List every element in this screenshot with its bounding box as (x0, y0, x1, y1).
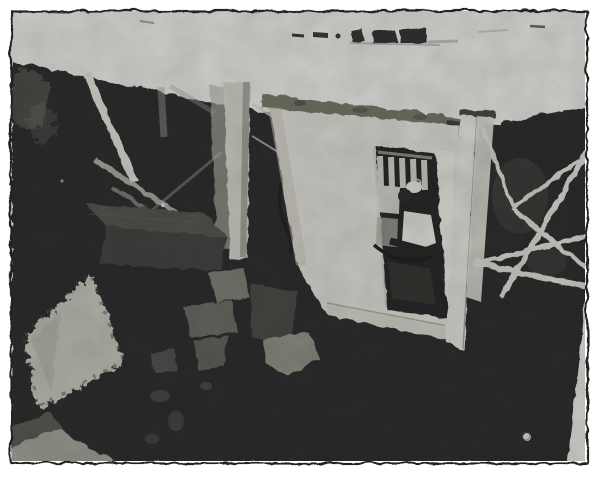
photo-canvas: Halftone photograph (0, 0, 600, 479)
halftone-photo-figure: Halftone photograph (0, 0, 600, 479)
grain-blotch (11, 11, 585, 461)
page: Halftone photograph (0, 0, 600, 479)
grain-overlay (11, 11, 585, 461)
